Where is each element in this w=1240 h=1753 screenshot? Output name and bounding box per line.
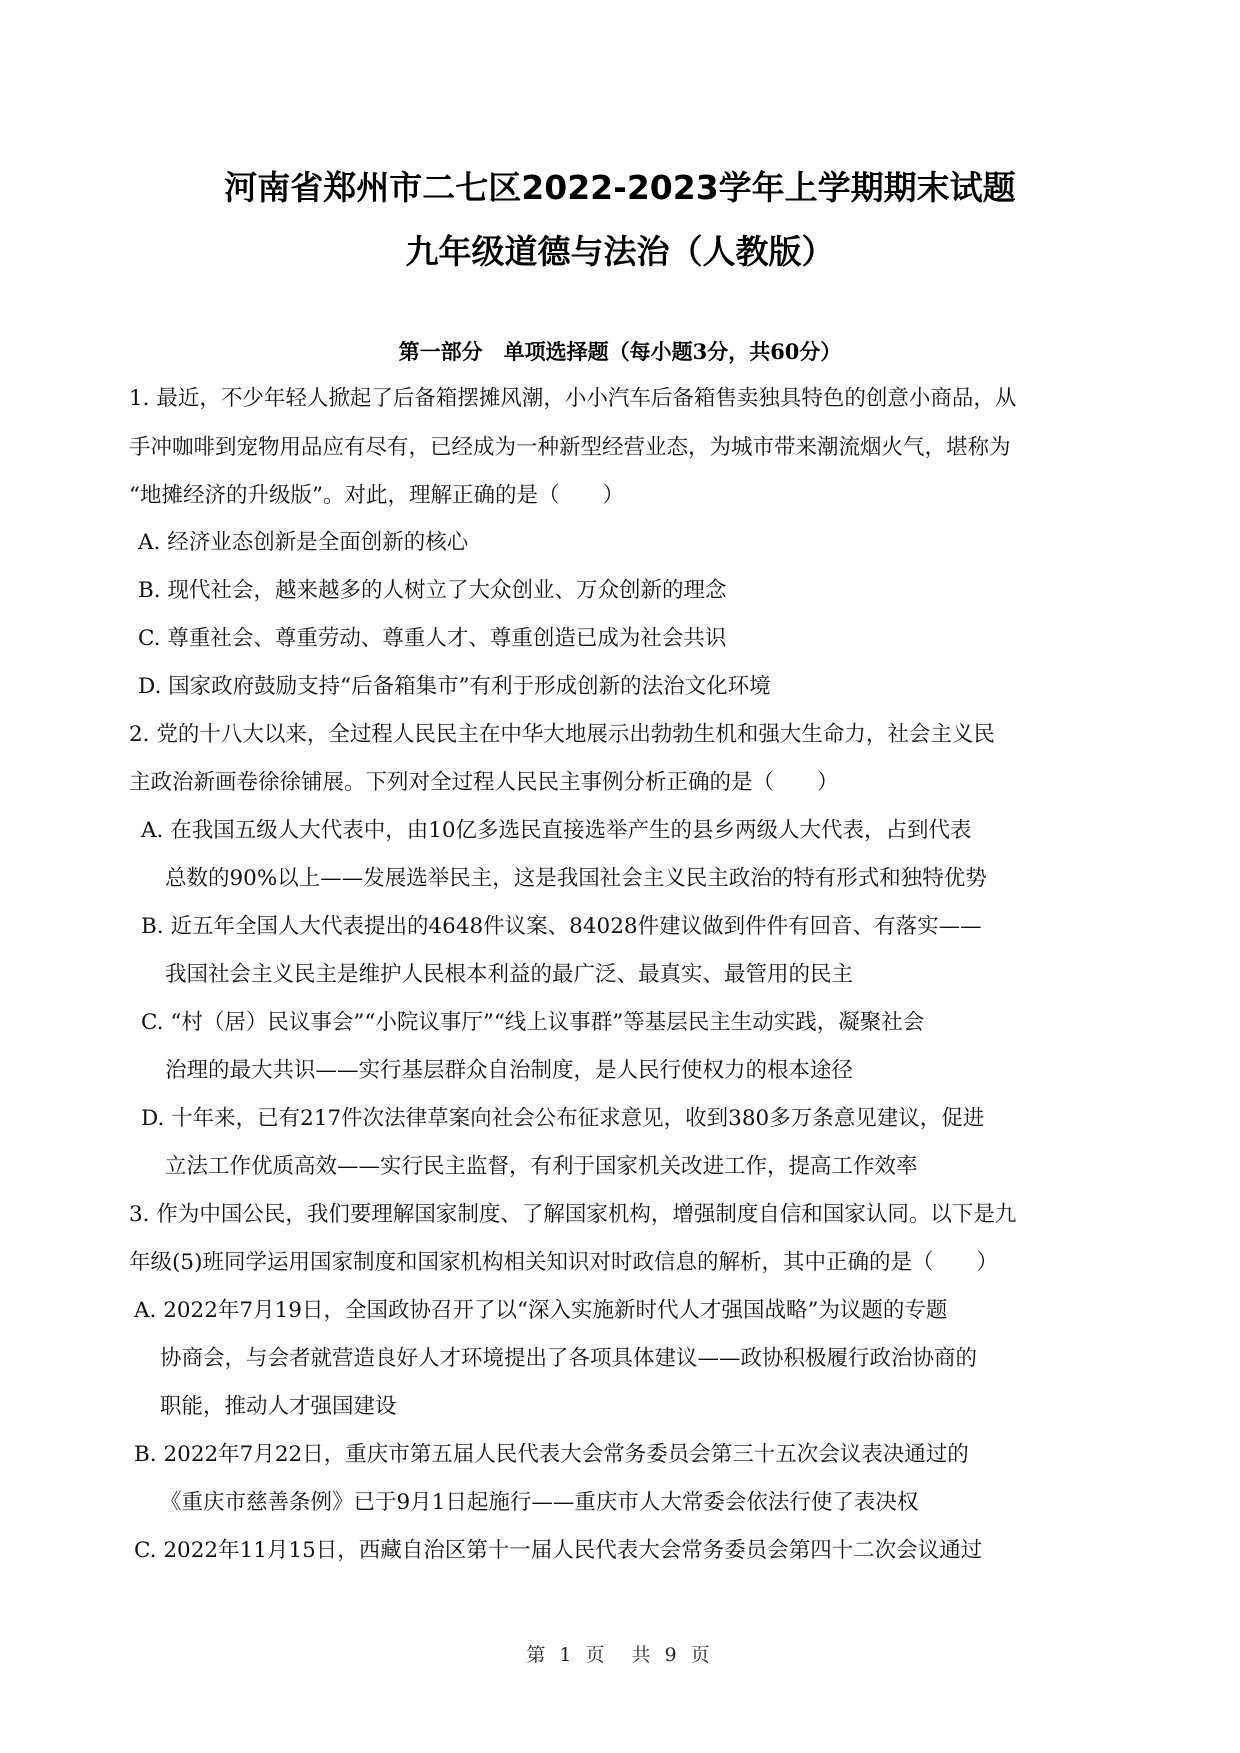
option-d: D. 国家政府鼓励支持“后备箱集市”有利于形成创新的法治文化环境 xyxy=(138,672,771,702)
option-a: A. 经济业态创新是全面创新的核心 xyxy=(138,528,468,558)
option-d: D. 十年来，已有217件次法律草案向社会公布征求意见，收到380多万条意见建议… xyxy=(141,1104,984,1134)
page-title-line1: 河南省郑州市二七区2022-2023学年上学期期末试题 xyxy=(0,162,1240,209)
option-a: A. 在我国五级人大代表中，由10亿多选民直接选举产生的县乡两级人大代表，占到代… xyxy=(141,816,972,846)
option-c: C. 尊重社会、尊重劳动、尊重人才、尊重创造已成为社会共识 xyxy=(138,624,726,654)
option-b: B. 近五年全国人大代表提出的4648件议案、84028件建议做到件件有回音、有… xyxy=(141,912,982,942)
option-d-cont: 立法工作优质高效——实行民主监督，有利于国家机关改进工作，提高工作效率 xyxy=(165,1152,918,1182)
option-a-cont: 总数的90%以上——发展选举民主，这是我国社会主义民主政治的特有形式和独特优势 xyxy=(165,864,987,894)
option-a-cont: 协商会，与会者就营造良好人才环境提出了各项具体建议——政协积极履行政治协商的 xyxy=(160,1344,977,1374)
question-stem-line: “地摊经济的升级版”。对此，理解正确的是（ ） xyxy=(129,481,624,511)
question-stem-line: 主政治新画卷徐徐铺展。下列对全过程人民民主事例分析正确的是（ ） xyxy=(129,768,839,798)
section-heading: 第一部分 单项选择题（每小题3分，共60分） xyxy=(0,336,1240,366)
question-stem-line: 年级(5)班同学运用国家制度和国家机构相关知识对时政信息的解析，其中正确的是（ … xyxy=(129,1248,998,1278)
option-c: C. 2022年11月15日，西藏自治区第十一届人民代表大会常务委员会第四十二次… xyxy=(134,1536,982,1566)
option-c: C. “村（居）民议事会”“小院议事厅”“线上议事群”等基层民主生动实践，凝聚社… xyxy=(141,1008,924,1038)
option-a: A. 2022年7月19日，全国政协召开了以“深入实施新时代人才强国战略”为议题… xyxy=(134,1296,947,1326)
page-title-line2: 九年级道德与法治（人教版） xyxy=(0,226,1240,273)
option-b-cont: 我国社会主义民主是维护人民根本利益的最广泛、最真实、最管用的民主 xyxy=(165,960,853,990)
option-a-cont: 职能，推动人才强国建设 xyxy=(160,1392,397,1422)
page-footer: 第 1 页 共 9 页 xyxy=(0,1640,1240,1667)
question-stem-line: 3. 作为中国公民，我们要理解国家制度、了解国家机构，增强制度自信和国家认同。以… xyxy=(129,1200,1016,1230)
option-b-cont: 《重庆市慈善条例》已于9月1日起施行——重庆市人大常委会依法行使了表决权 xyxy=(160,1488,918,1518)
option-b: B. 2022年7月22日，重庆市第五届人民代表大会常务委员会第三十五次会议表决… xyxy=(134,1440,969,1470)
question-stem-line: 1. 最近，不少年轻人掀起了后备箱摆摊风潮，小小汽车后备箱售卖独具特色的创意小商… xyxy=(129,384,1016,414)
question-stem-line: 手冲咖啡到宠物用品应有尽有，已经成为一种新型经营业态，为城市带来潮流烟火气，堪称… xyxy=(129,433,1011,463)
option-b: B. 现代社会，越来越多的人树立了大众创业、万众创新的理念 xyxy=(138,576,726,606)
question-stem-line: 2. 党的十八大以来，全过程人民民主在中华大地展示出勃勃生机和强大生命力，社会主… xyxy=(129,720,995,750)
option-c-cont: 治理的最大共识——实行基层群众自治制度，是人民行使权力的根本途径 xyxy=(165,1056,853,1086)
